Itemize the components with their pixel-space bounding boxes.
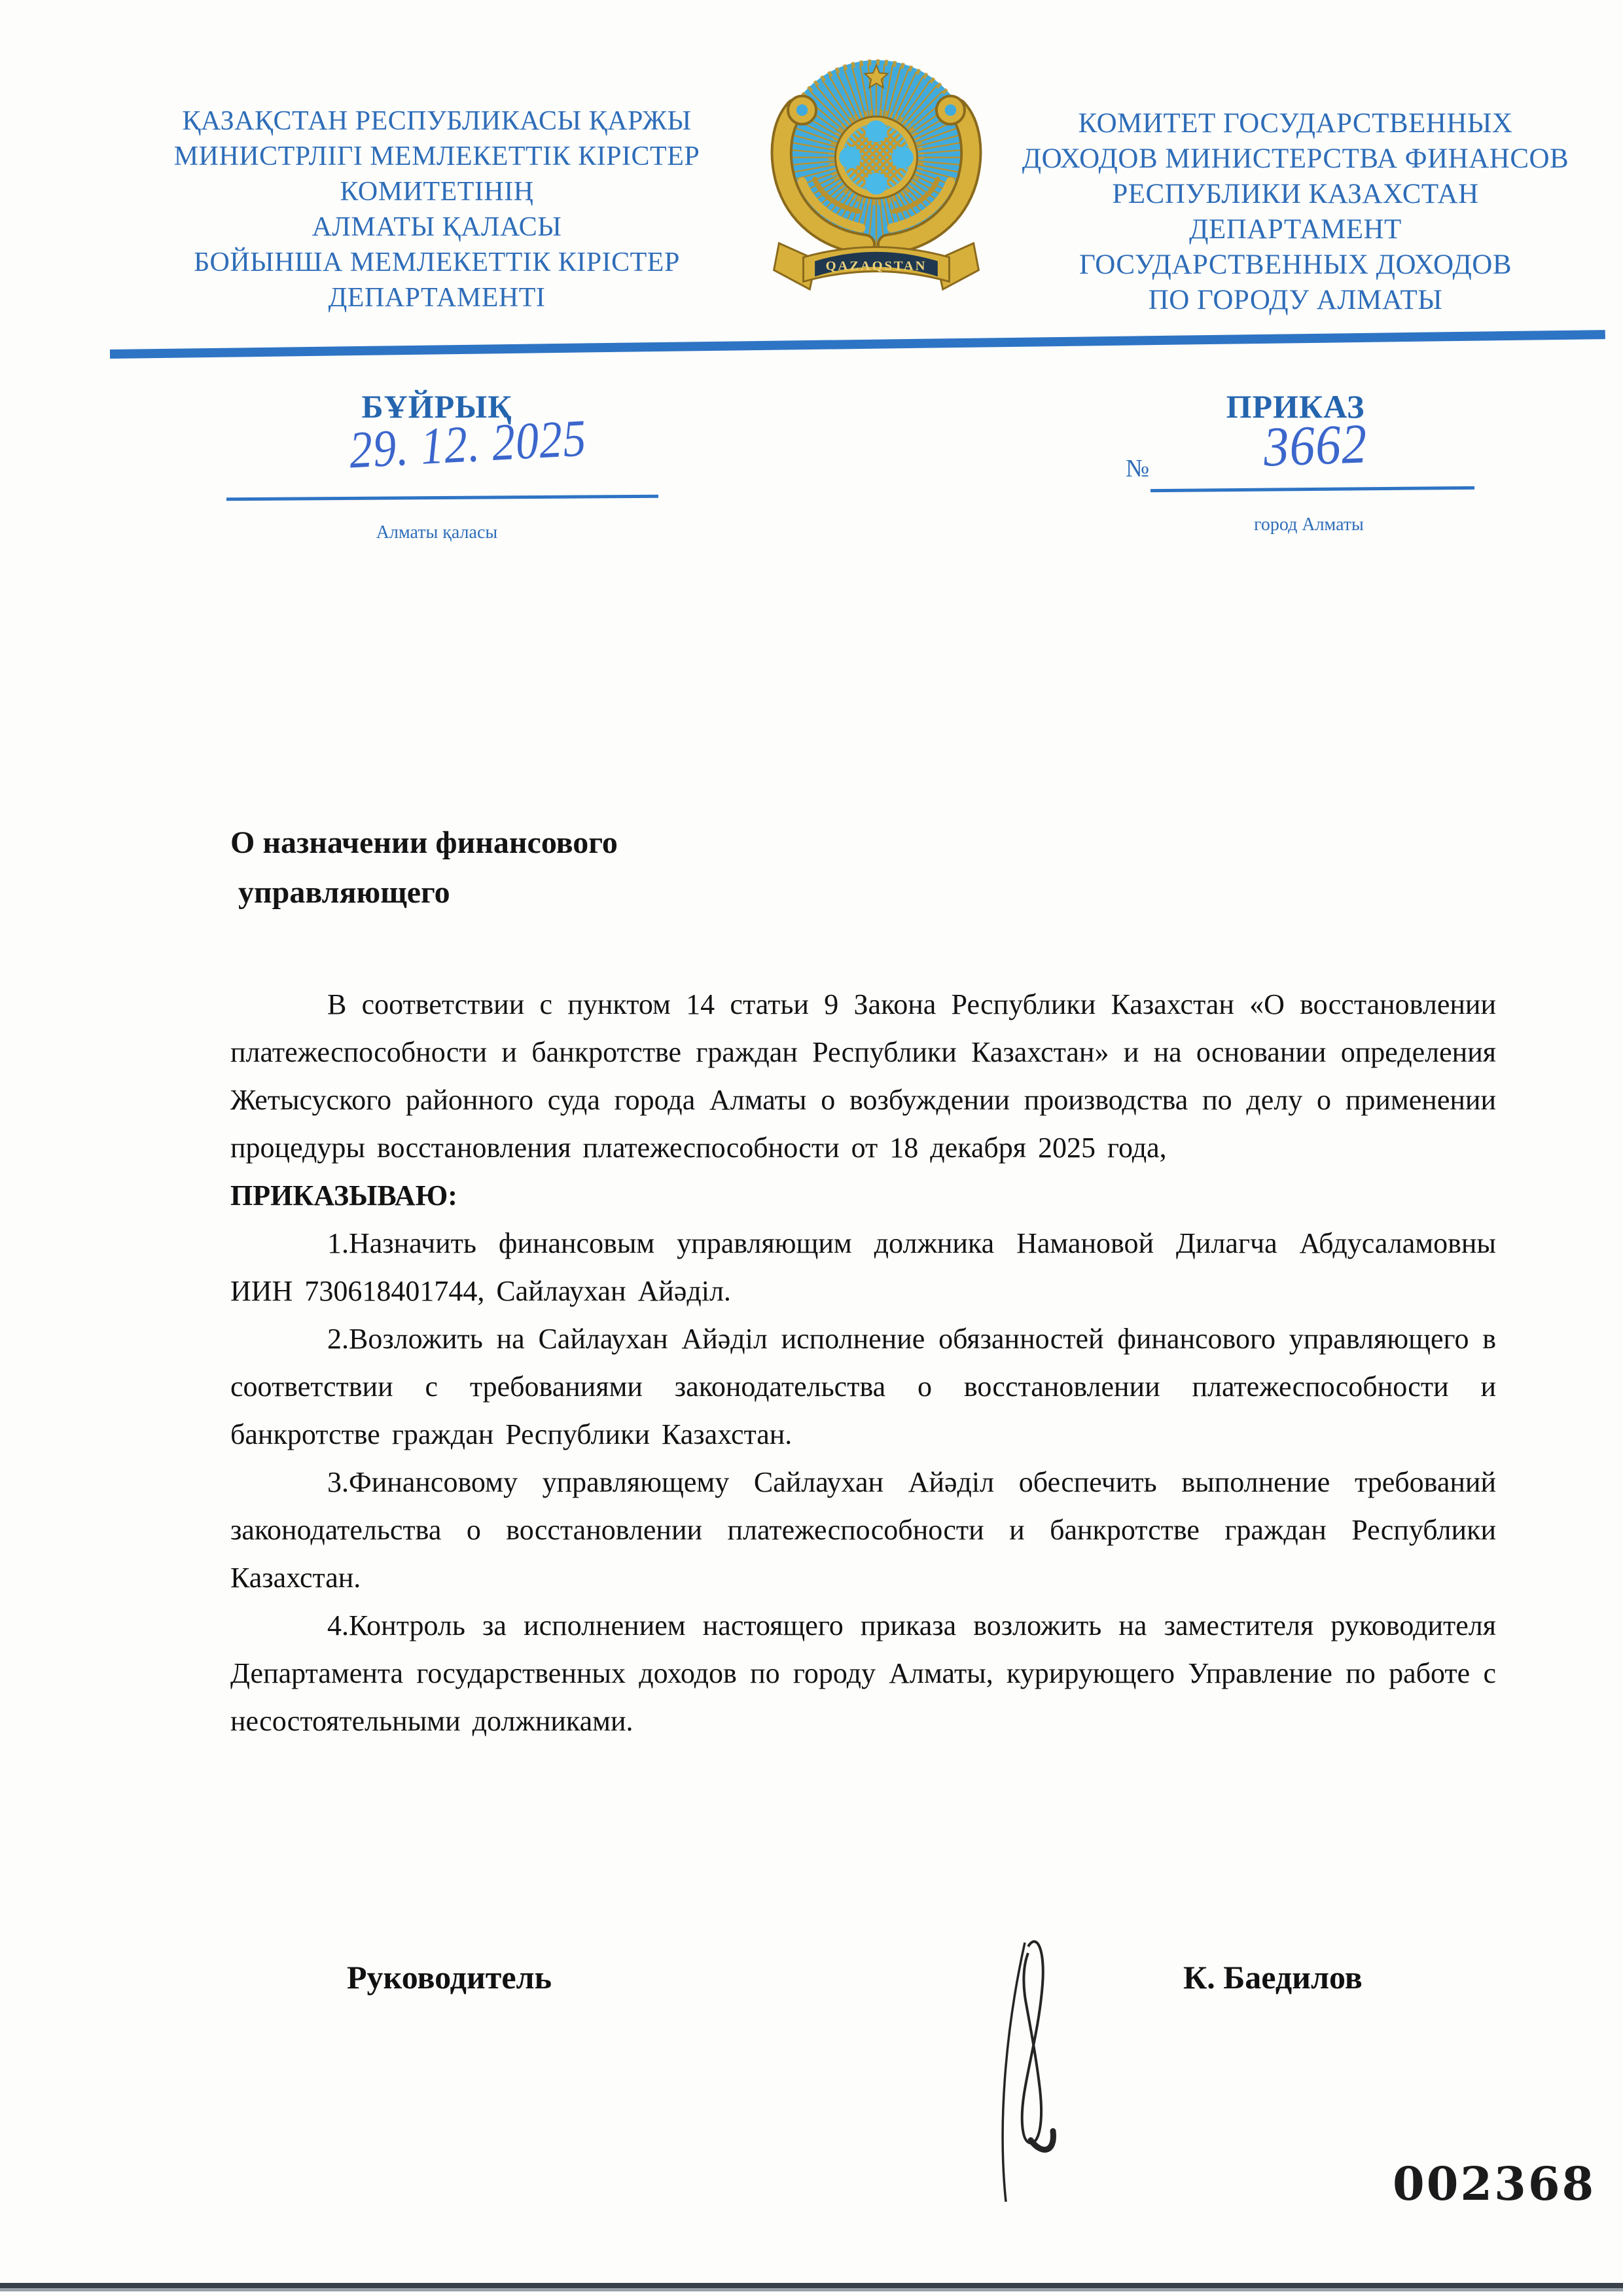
org-line: ДЕПАРТАМЕНТ — [976, 212, 1614, 247]
scan-bottom-edge — [0, 2283, 1623, 2288]
org-line: ПО ГОРОДУ АЛМАТЫ — [976, 283, 1614, 318]
header-org-russian: КОМИТЕТ ГОСУДАРСТВЕННЫХДОХОДОВ МИНИСТЕРС… — [976, 106, 1614, 318]
number-sign: № — [1126, 454, 1149, 483]
header-org-kazakh: ҚАЗАҚСТАН РЕСПУБЛИКАСЫ ҚАРЖЫМИНИСТРЛІГІ … — [115, 103, 759, 315]
order-subject: О назначении финансового управляющего — [230, 818, 950, 918]
order-item: 4.Контроль за исполнением настоящего при… — [230, 1602, 1496, 1745]
org-line: АЛМАТЫ ҚАЛАСЫ — [115, 209, 759, 245]
place-label-kazakh: Алматы қаласы — [115, 522, 759, 543]
signer-name: К. Баедилов — [1183, 1958, 1363, 1996]
resolve-word: ПРИКАЗЫВАЮ: — [230, 1172, 1496, 1219]
form-number-stamp: 002368 — [1393, 2157, 1596, 2211]
org-line: ДОХОДОВ МИНИСТЕРСТВА ФИНАНСОВ — [976, 141, 1614, 177]
scanned-order-document: ҚАЗАҚСТАН РЕСПУБЛИКАСЫ ҚАРЖЫМИНИСТРЛІГІ … — [0, 0, 1623, 2296]
number-underline — [1150, 486, 1474, 492]
org-line: РЕСПУБЛИКИ КАЗАХСТАН — [976, 177, 1614, 212]
order-items: 1.Назначить финансовым управляющим должн… — [230, 1219, 1496, 1745]
subject-line: О назначении финансового — [230, 818, 950, 868]
emblem-banner-label: QAZAQSTAN — [826, 259, 927, 274]
org-line: КОМИТЕТ ГОСУДАРСТВЕННЫХ — [976, 106, 1614, 141]
order-item: 3.Финансовому управляющему Сайлаухан Айә… — [230, 1458, 1496, 1602]
order-item: 1.Назначить финансовым управляющим должн… — [230, 1219, 1496, 1315]
header-divider — [110, 330, 1605, 359]
subject-line: управляющего — [230, 868, 950, 918]
signature-icon — [933, 1924, 1096, 2206]
signer-position: Руководитель — [347, 1958, 552, 1996]
scan-bottom-shadow — [0, 2288, 1623, 2291]
handwritten-order-number: 3662 — [1188, 408, 1443, 482]
org-line: МИНИСТРЛІГІ МЕМЛЕКЕТТІК КІРІСТЕР — [115, 139, 759, 174]
kazakhstan-emblem-icon: QAZAQSTAN — [761, 54, 991, 295]
org-line: КОМИТЕТІНІҢ — [115, 174, 759, 209]
org-line: ГОСУДАРСТВЕННЫХ ДОХОДОВ — [976, 247, 1614, 283]
place-label-russian: город Алматы — [1113, 514, 1505, 535]
org-line: ҚАЗАҚСТАН РЕСПУБЛИКАСЫ ҚАРЖЫ — [115, 103, 759, 139]
order-item: 2.Возложить на Сайлаухан Айәділ исполнен… — [230, 1315, 1496, 1458]
intro-paragraph: В соответствии с пунктом 14 статьи 9 Зак… — [230, 980, 1496, 1172]
org-line: ДЕПАРТАМЕНТІ — [115, 280, 759, 315]
date-underline — [226, 495, 658, 501]
org-line: БОЙЫНША МЕМЛЕКЕТТІК КІРІСТЕР — [115, 245, 759, 280]
order-body: В соответствии с пунктом 14 статьи 9 Зак… — [230, 980, 1496, 1745]
